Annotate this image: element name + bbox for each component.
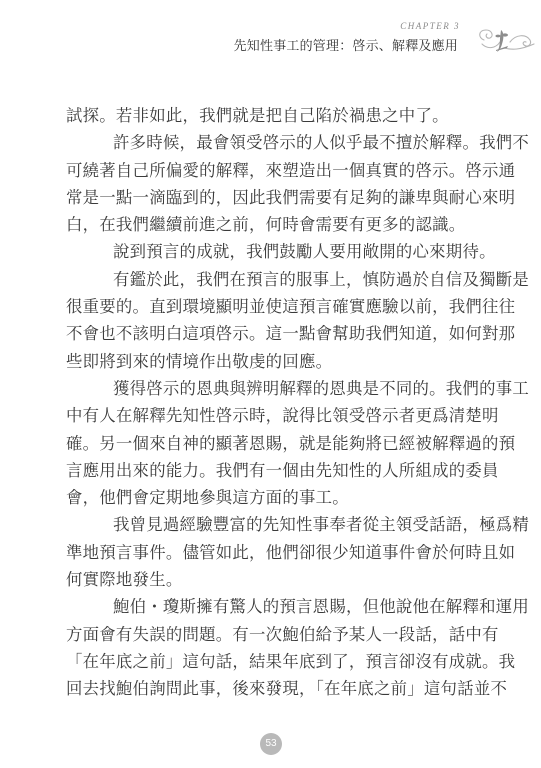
flourish-ornament-icon [474,24,536,56]
text-line: 確。另一個來自神的顯著恩賜，就是能夠將已經被解釋過的預 [66,430,470,457]
text-line: 我曾見過經驗豐富的先知性事奉者從主領受話語，極爲精 [66,511,470,538]
running-title: 先知性事工的管理：啓示、解釋及應用 [234,35,458,54]
chapter-label: CHAPTER 3 [400,21,460,31]
text-line: 「在年底之前」這句話，結果年底到了，預言卻沒有成就。我 [66,648,470,675]
page-header: CHAPTER 3 先知性事工的管理：啓示、解釋及應用 [0,0,541,70]
text-line: 準地預言事件。儘管如此，他們卻很少知道事件會於何時且如 [66,539,470,566]
text-line: 許多時候，最會領受啓示的人似乎最不擅於解釋。我們不 [66,129,470,156]
text-line: 獲得啓示的恩典與辨明解釋的恩典是不同的。我們的事工 [66,375,470,402]
text-line: 何實際地發生。 [66,566,470,593]
text-line: 試探。若非如此，我們就是把自己陷於禍患之中了。 [66,102,470,129]
text-line: 言應用出來的能力。我們有一個由先知性的人所組成的委員 [66,457,470,484]
text-line: 回去找鮑伯詢問此事，後來發現，「在年底之前」這句話並不 [66,675,470,702]
text-line: 可繞著自己所偏愛的解釋，來塑造出一個真實的啓示。啓示通 [66,157,470,184]
page-number-badge: 53 [260,733,282,755]
text-line: 說到預言的成就，我們鼓勵人要用敞開的心來期待。 [66,238,470,265]
text-line: 有鑑於此，我們在預言的服事上，慎防過於自信及獨斷是 [66,266,470,293]
text-line: 鮑伯・瓊斯擁有驚人的預言恩賜，但他說他在解釋和運用 [66,593,470,620]
text-line: 很重要的。直到環境顯明並使這預言確實應驗以前，我們往往 [66,293,470,320]
body-text: 試探。若非如此，我們就是把自己陷於禍患之中了。 許多時候，最會領受啓示的人似乎最… [66,102,470,703]
text-line: 中有人在解釋先知性啓示時，說得比領受啓示者更爲清楚明 [66,402,470,429]
text-line: 不會也不該明白這項啓示。這一點會幫助我們知道，如何對那 [66,320,470,347]
text-line: 常是一點一滴臨到的，因此我們需要有足夠的謙卑與耐心來明 [66,184,470,211]
text-line: 方面會有失誤的問題。有一次鮑伯給予某人一段話，話中有 [66,621,470,648]
text-line: 白，在我們繼續前進之前，何時會需要有更多的認識。 [66,211,470,238]
text-line: 會，他們會定期地參與這方面的事工。 [66,484,470,511]
text-line: 些即將到來的情境作出敬虔的回應。 [66,348,470,375]
